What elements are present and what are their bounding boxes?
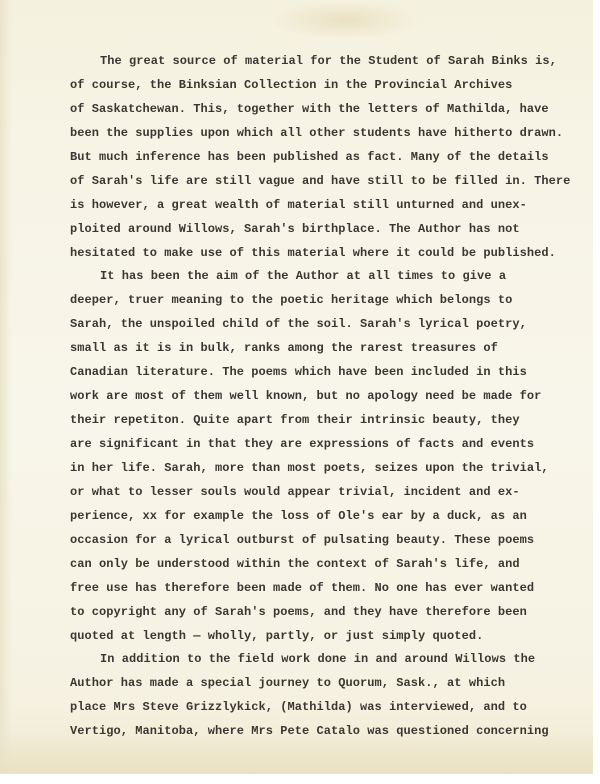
text-line: deeper, truer meaning to the poetic heri… [70, 289, 570, 313]
text-line: perience, xx for example the loss of Ole… [70, 505, 570, 529]
text-line: ploited around Willows, Sarah's birthpla… [70, 218, 570, 242]
text-line: or what to lesser souls would appear tri… [70, 481, 570, 505]
text-line: It has been the aim of the Author at all… [70, 265, 570, 289]
text-line: Vertigo, Manitoba, where Mrs Pete Catalo… [70, 720, 570, 744]
text-line: of course, the Binksian Collection in th… [70, 74, 570, 98]
typewritten-text: The great source of material for the Stu… [70, 50, 570, 744]
text-line: small as it is in bulk, ranks among the … [70, 337, 570, 361]
paragraph-3: In addition to the field work done in an… [70, 648, 570, 744]
text-line: is however, a great wealth of material s… [70, 194, 570, 218]
text-line: in her life. Sarah, more than most poets… [70, 457, 570, 481]
text-line: of Sarah's life are still vague and have… [70, 170, 570, 194]
text-line: of Saskatchewan. This, together with the… [70, 98, 570, 122]
text-line: hesitated to make use of this material w… [70, 242, 570, 266]
paragraph-1: The great source of material for the Stu… [70, 50, 570, 265]
text-line: their repetiton. Quite apart from their … [70, 409, 570, 433]
text-line: Author has made a special journey to Quo… [70, 672, 570, 696]
text-line: free use has therefore been made of them… [70, 577, 570, 601]
text-line: Canadian literature. The poems which hav… [70, 361, 570, 385]
text-line: But much inference has been published as… [70, 146, 570, 170]
typewritten-page: The great source of material for the Stu… [0, 0, 593, 774]
text-line: occasion for a lyrical outburst of pulsa… [70, 529, 570, 553]
text-line: to copyright any of Sarah's poems, and t… [70, 601, 570, 625]
text-line: The great source of material for the Stu… [70, 50, 570, 74]
text-line: quoted at length — wholly, partly, or ju… [70, 625, 570, 649]
paper-stain [270, 0, 420, 40]
text-line: place Mrs Steve Grizzlykick, (Mathilda) … [70, 696, 570, 720]
text-line: been the supplies upon which all other s… [70, 122, 570, 146]
text-line: are significant in that they are express… [70, 433, 570, 457]
paragraph-2: It has been the aim of the Author at all… [70, 265, 570, 648]
text-line: In addition to the field work done in an… [70, 648, 570, 672]
text-line: work are most of them well known, but no… [70, 385, 570, 409]
text-line: Sarah, the unspoiled child of the soil. … [70, 313, 570, 337]
text-line: can only be understood within the contex… [70, 553, 570, 577]
